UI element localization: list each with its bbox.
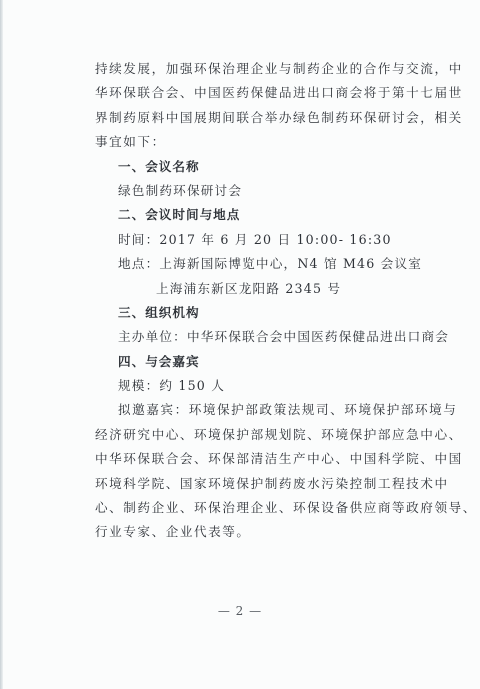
host-organization: 主办单位：中华环保联合会中国医药保健品进出口商会 (95, 325, 425, 349)
intro-paragraph: 持续发展，加强环保治理企业与制药企业的合作与交流，中 华环保联合会、中国医药保健… (95, 57, 425, 155)
document-body: 持续发展，加强环保治理企业与制药企业的合作与交流，中 华环保联合会、中国医药保健… (95, 57, 425, 545)
meeting-time: 时间：2017 年 6 月 20 日 10:00- 16:30 (95, 228, 425, 252)
section-time-location: 二、会议时间与地点 时间：2017 年 6 月 20 日 10:00- 16:3… (95, 203, 425, 301)
section-heading: 二、会议时间与地点 (95, 203, 425, 227)
intro-line: 事宜如下： (95, 130, 425, 154)
section-guests: 四、与会嘉宾 规模：约 150 人 拟邀嘉宾：环境保护部政策法规司、环境保护部环… (95, 350, 425, 545)
guests-line: 行业专家、企业代表等。 (95, 520, 425, 544)
section-organizers: 三、组织机构 主办单位：中华环保联合会中国医药保健品进出口商会 (95, 301, 425, 350)
guests-line: 拟邀嘉宾：环境保护部政策法规司、环境保护部环境与 (95, 398, 425, 422)
section-meeting-name: 一、会议名称 绿色制药环保研讨会 (95, 155, 425, 204)
section-heading: 三、组织机构 (95, 301, 425, 325)
intro-line: 华环保联合会、中国医药保健品进出口商会将于第十七届世 (95, 81, 425, 105)
section-heading: 四、与会嘉宾 (95, 350, 425, 374)
guests-line: 经济研究中心、环境保护部规划院、环境保护部应急中心、 (95, 423, 425, 447)
meeting-name: 绿色制药环保研讨会 (95, 179, 425, 203)
guests-line: 环境科学院、国家环境保护制药废水污染控制工程技术中 (95, 472, 425, 496)
page-number: — 2 — (0, 604, 480, 618)
guests-line: 心、制药企业、环保治理企业、环保设备供应商等政府领导、 (95, 496, 425, 520)
intro-line: 界制药原料中国展期间联合举办绿色制药环保研讨会，相关 (95, 106, 425, 130)
meeting-address: 上海浦东新区龙阳路 2345 号 (95, 277, 425, 301)
section-heading: 一、会议名称 (95, 155, 425, 179)
meeting-location: 地点：上海新国际博览中心，N4 馆 M46 会议室 (95, 252, 425, 276)
intro-line: 持续发展，加强环保治理企业与制药企业的合作与交流，中 (95, 57, 425, 81)
invited-guests-paragraph: 拟邀嘉宾：环境保护部政策法规司、环境保护部环境与 经济研究中心、环境保护部规划院… (95, 398, 425, 544)
guests-line: 中华环保联合会、环保部清洁生产中心、中国科学院、中国 (95, 447, 425, 471)
attendance-scale: 规模：约 150 人 (95, 374, 425, 398)
scan-page-edge (0, 0, 3, 689)
